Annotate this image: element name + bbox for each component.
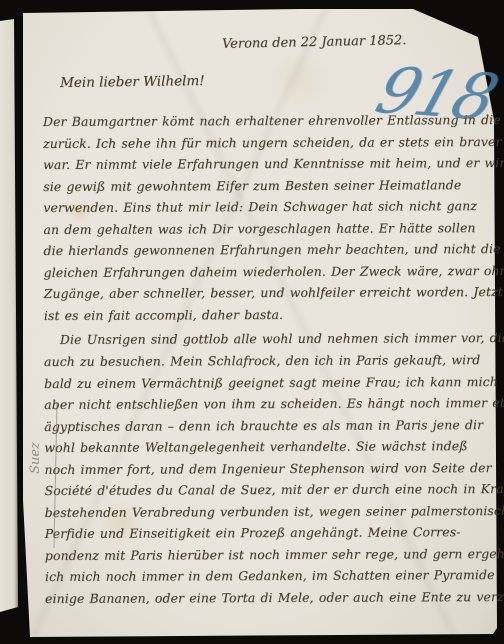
handwritten-line: bald zu einem Vermächtniß geeignet sagt …: [44, 371, 498, 395]
handwritten-line: wohl bekannte Weltangelegenheit verhande…: [44, 435, 498, 459]
scanned-letter-screenshot: { "scan": { "description": "Scanned hand…: [0, 0, 504, 644]
handwritten-line: ich mich noch immer in dem Gedanken, im …: [45, 564, 499, 588]
handwritten-line: Zugänge, aber schneller, besser, und woh…: [44, 281, 498, 305]
pencil-margin-note: Suez: [28, 428, 48, 488]
handwritten-line: Die Unsrigen sind gottlob alle wohl und …: [44, 327, 498, 351]
letter-content: Verona den 22 Januar 1852. 918 Mein lieb…: [0, 0, 504, 644]
handwritten-line: war. Er nimmt viele Erfahrungen und Kenn…: [43, 152, 497, 176]
dateline: Verona den 22 Januar 1852.: [222, 33, 407, 52]
handwritten-line: bestehenden Verabredung verbunden ist, w…: [45, 500, 499, 524]
handwritten-line: einige Bananen, oder eine Torta di Mele,…: [45, 586, 499, 610]
handwritten-line: Der Baumgartner kömt nach erhaltener ehr…: [43, 109, 497, 133]
handwritten-line: Perfidie und Einseitigkeit ein Prozeß an…: [45, 521, 499, 545]
handwritten-line: an dem gehalten was ich Dir vorgeschlage…: [43, 217, 497, 241]
handwritten-line: aber nicht entschließen von ihm zu schei…: [44, 392, 498, 416]
paragraph: Der Baumgartner kömt nach erhaltener ehr…: [43, 109, 498, 326]
salutation: Mein lieber Wilhelm!: [60, 73, 205, 91]
handwritten-line: die hierlands gewonnenen Erfahrungen meh…: [43, 238, 497, 262]
handwritten-line: auch zu besuchen. Mein Schlafrock, den i…: [44, 349, 498, 373]
handwritten-line: ist es ein fait accompli, daher basta.: [44, 303, 498, 327]
handwritten-line: zurück. Ich sehe ihn für mich ungern sch…: [43, 131, 497, 155]
handwritten-line: ägyptisches daran – denn ich brauchte es…: [44, 414, 498, 438]
handwritten-line: sie gewiß mit gewohntem Eifer zum Besten…: [43, 174, 497, 198]
handwritten-line: gleichen Erfahrungen daheim wiederholen.…: [44, 260, 498, 284]
handwritten-line: verwenden. Eins thut mir leid: Dein Schw…: [43, 195, 497, 219]
handwritten-line: pondenz mit Paris hierüber ist noch imme…: [45, 543, 499, 567]
handwritten-line: noch immer fort, und dem Ingenieur Steph…: [44, 457, 498, 481]
paragraph: Die Unsrigen sind gottlob alle wohl und …: [44, 327, 499, 609]
handwritten-line: Société d'études du Canal de Suez, mit d…: [45, 478, 499, 502]
letter-body: Der Baumgartner kömt nach erhaltener ehr…: [43, 109, 499, 610]
